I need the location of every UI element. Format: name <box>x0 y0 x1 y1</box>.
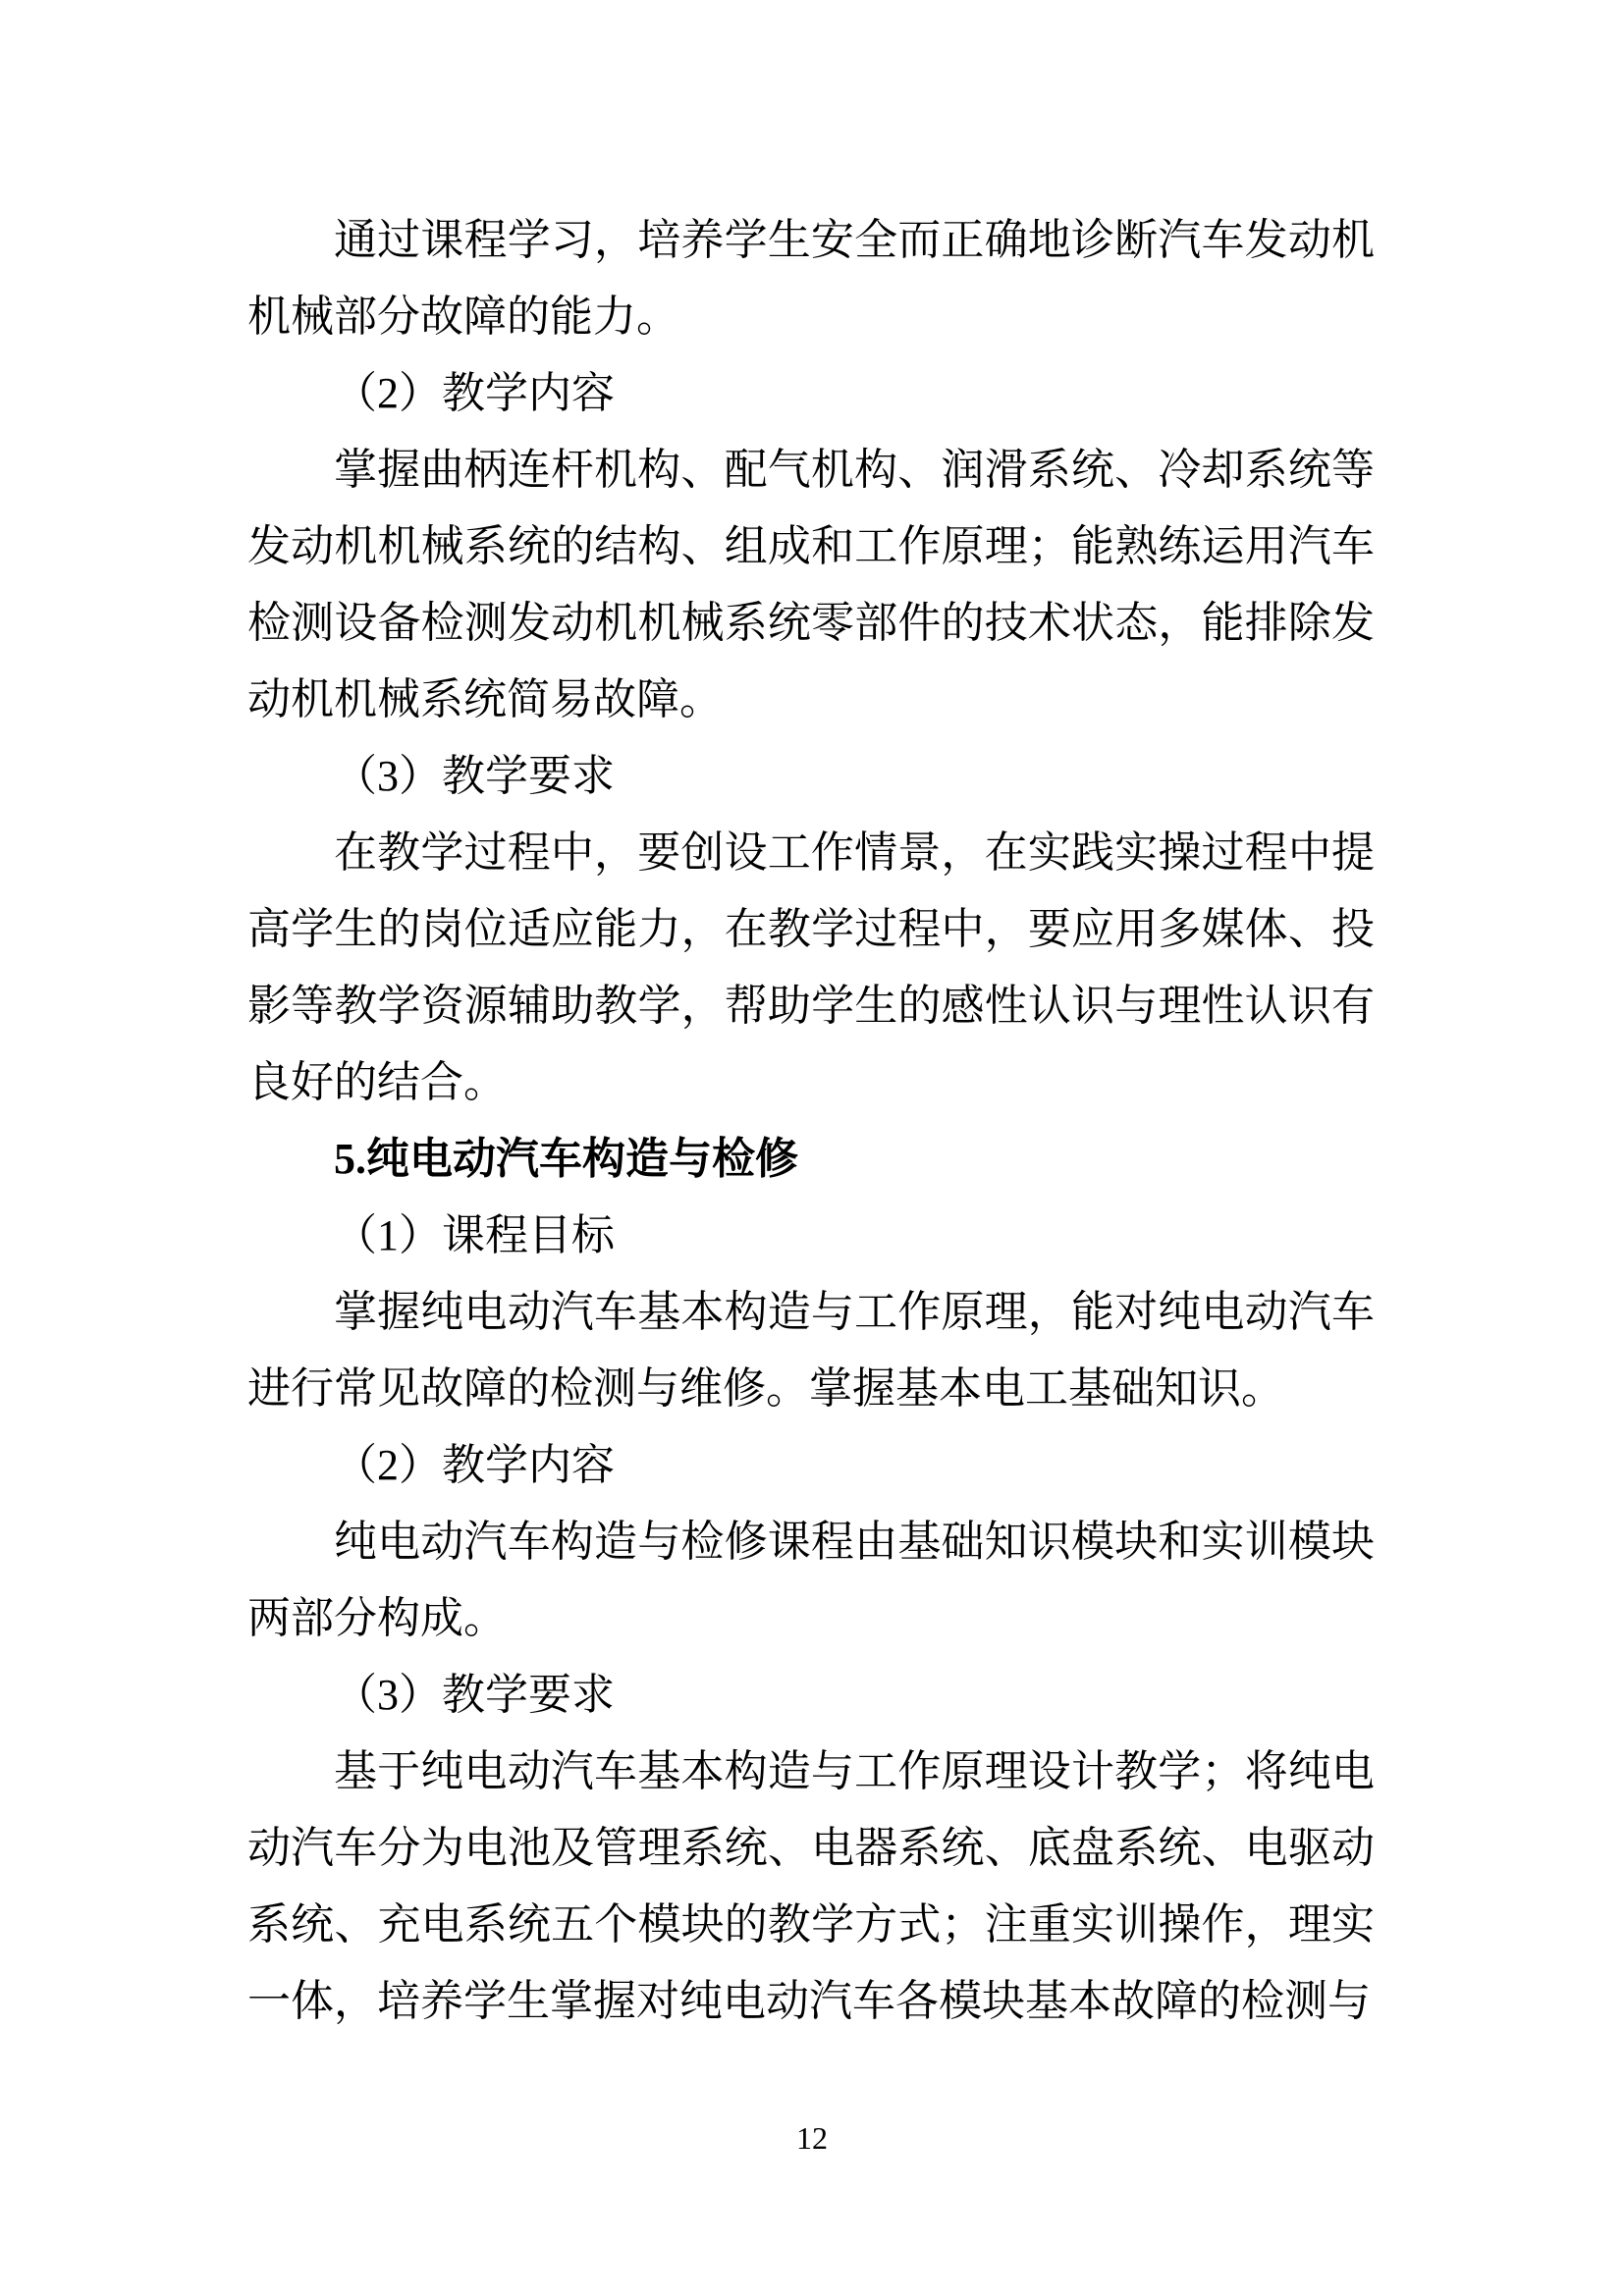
paragraph: 纯电动汽车构造与检修课程由基础知识模块和实训模块两部分构成。 <box>247 1504 1375 1657</box>
paragraph: （1）课程目标 <box>247 1198 1375 1274</box>
paragraph: 基于纯电动汽车基本构造与工作原理设计教学；将纯电动汽车分为电池及管理系统、电器系… <box>247 1734 1375 2040</box>
paragraph: （2）教学内容 <box>247 355 1375 432</box>
paragraph: （3）教学要求 <box>247 1657 1375 1734</box>
paragraph: 通过课程学习，培养学生安全而正确地诊断汽车发动机机械部分故障的能力。 <box>247 202 1375 355</box>
page-number: 12 <box>0 2118 1624 2158</box>
document-page: 通过课程学习，培养学生安全而正确地诊断汽车发动机机械部分故障的能力。（2）教学内… <box>0 0 1624 2296</box>
paragraph: 掌握曲柄连杆机构、配气机构、润滑系统、冷却系统等发动机机械系统的结构、组成和工作… <box>247 432 1375 738</box>
paragraph: （2）教学内容 <box>247 1427 1375 1504</box>
section-heading: 5.纯电动汽车构造与检修 <box>247 1121 1375 1198</box>
paragraph: 在教学过程中，要创设工作情景，在实践实操过程中提高学生的岗位适应能力，在教学过程… <box>247 815 1375 1121</box>
document-content: 通过课程学习，培养学生安全而正确地诊断汽车发动机机械部分故障的能力。（2）教学内… <box>247 202 1375 2040</box>
paragraph: 掌握纯电动汽车基本构造与工作原理，能对纯电动汽车进行常见故障的检测与维修。掌握基… <box>247 1274 1375 1427</box>
paragraph: （3）教学要求 <box>247 738 1375 815</box>
